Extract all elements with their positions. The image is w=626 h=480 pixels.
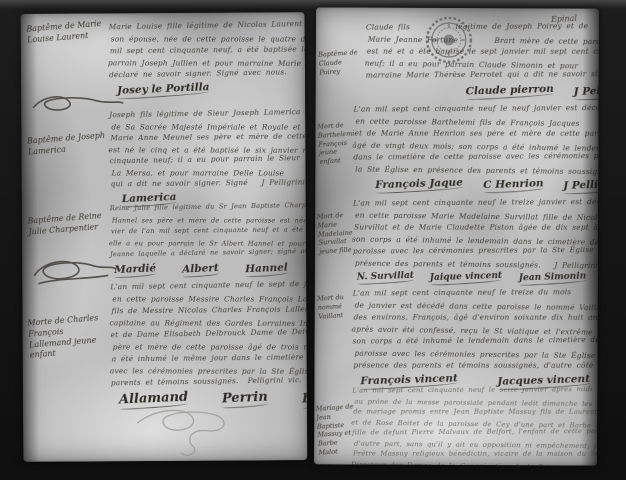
marriage-banns-entry-massuy-malot: Mariage de Jean Baptiste Massuy et Barbe… — [314, 385, 597, 465]
left-page: Baptême de Marie Louise Laurent Marie Lo… — [21, 12, 308, 462]
signature-row: MardiéAlbertHannel — [114, 262, 306, 277]
margin-note: Baptême de Reine Julie Charpentier — [27, 211, 108, 239]
baptism-entry-joseph-lamerica: Baptême de Joseph Lamerica Joseph fils l… — [21, 108, 306, 206]
entry-text: Claude fils légitime de Joseph Poirey et… — [366, 22, 596, 83]
burial-entry-vaillant: Mort du nommé Vaillant L'an mil sept cen… — [314, 287, 597, 388]
burial-entry-charles-francois-lallemand: Morte de Charles François Lallemand jeun… — [22, 280, 307, 409]
entry-text: Joseph fils légitime de Sieur Joseph Lam… — [109, 108, 303, 190]
entry-text: L'an mil sept cent cinquante neuf le tre… — [353, 198, 595, 271]
margin-note: Baptême de Joseph Lamerica — [27, 131, 108, 159]
signature-row: N. SurvillatJaique vincentJean SimoninDi… — [357, 272, 598, 285]
baptism-entry-claude-poirey: Baptême de Claude Poirey Claude fils lég… — [316, 21, 599, 98]
burial-entry-barthelemi-francois: Mort de Barthelemi François jeune enfant… — [315, 103, 598, 192]
burial-entry-marie-madelaine-survillat: Mort de Marie Madelaine Survillat jeune … — [315, 197, 598, 284]
entry-text: L'an mil sept cent cinquante neuf le sei… — [352, 386, 594, 466]
margin-note: Baptême de Marie Louise Laurent — [26, 19, 107, 47]
signature-row: Josey le Portilla — [117, 82, 305, 97]
entry-text: Reine Julie fille légitime du Sr Jean Ba… — [110, 202, 304, 261]
signature-row: AllamandPerrinB. Mercier — [119, 390, 307, 408]
right-page: Épinal Baptême de Claude Poirey Claude f… — [314, 7, 599, 465]
pencil-doodle — [127, 404, 247, 461]
baptism-entry-marie-louise-laurent: Baptême de Marie Louise Laurent Marie Lo… — [21, 20, 305, 98]
entry-text: L'an mil sept cent cinquante neuf le neu… — [353, 104, 595, 177]
signature-row: Claude pierronJ Pelligrini vic — [466, 84, 599, 99]
baptism-entry-reine-julie-charpentier: Baptême de Reine Julie Charpentier Reine… — [22, 202, 306, 277]
entry-text: L'an mil sept cent cinquante neuf le sep… — [110, 280, 305, 389]
margin-note: Baptême de Claude Poirey — [318, 48, 360, 77]
register-scan: Baptême de Marie Louise Laurent Marie Lo… — [0, 0, 626, 480]
signature-row: François JaqueC HenrionJ Pelligrini vic — [375, 178, 598, 193]
margin-note: Morte de Charles François Lallemand jeun… — [27, 313, 110, 362]
entry-text: Marie Louise fille légitime de Nicolas L… — [109, 20, 303, 81]
entry-text: L'an mil sept cent cinquante neuf le tre… — [352, 288, 594, 373]
